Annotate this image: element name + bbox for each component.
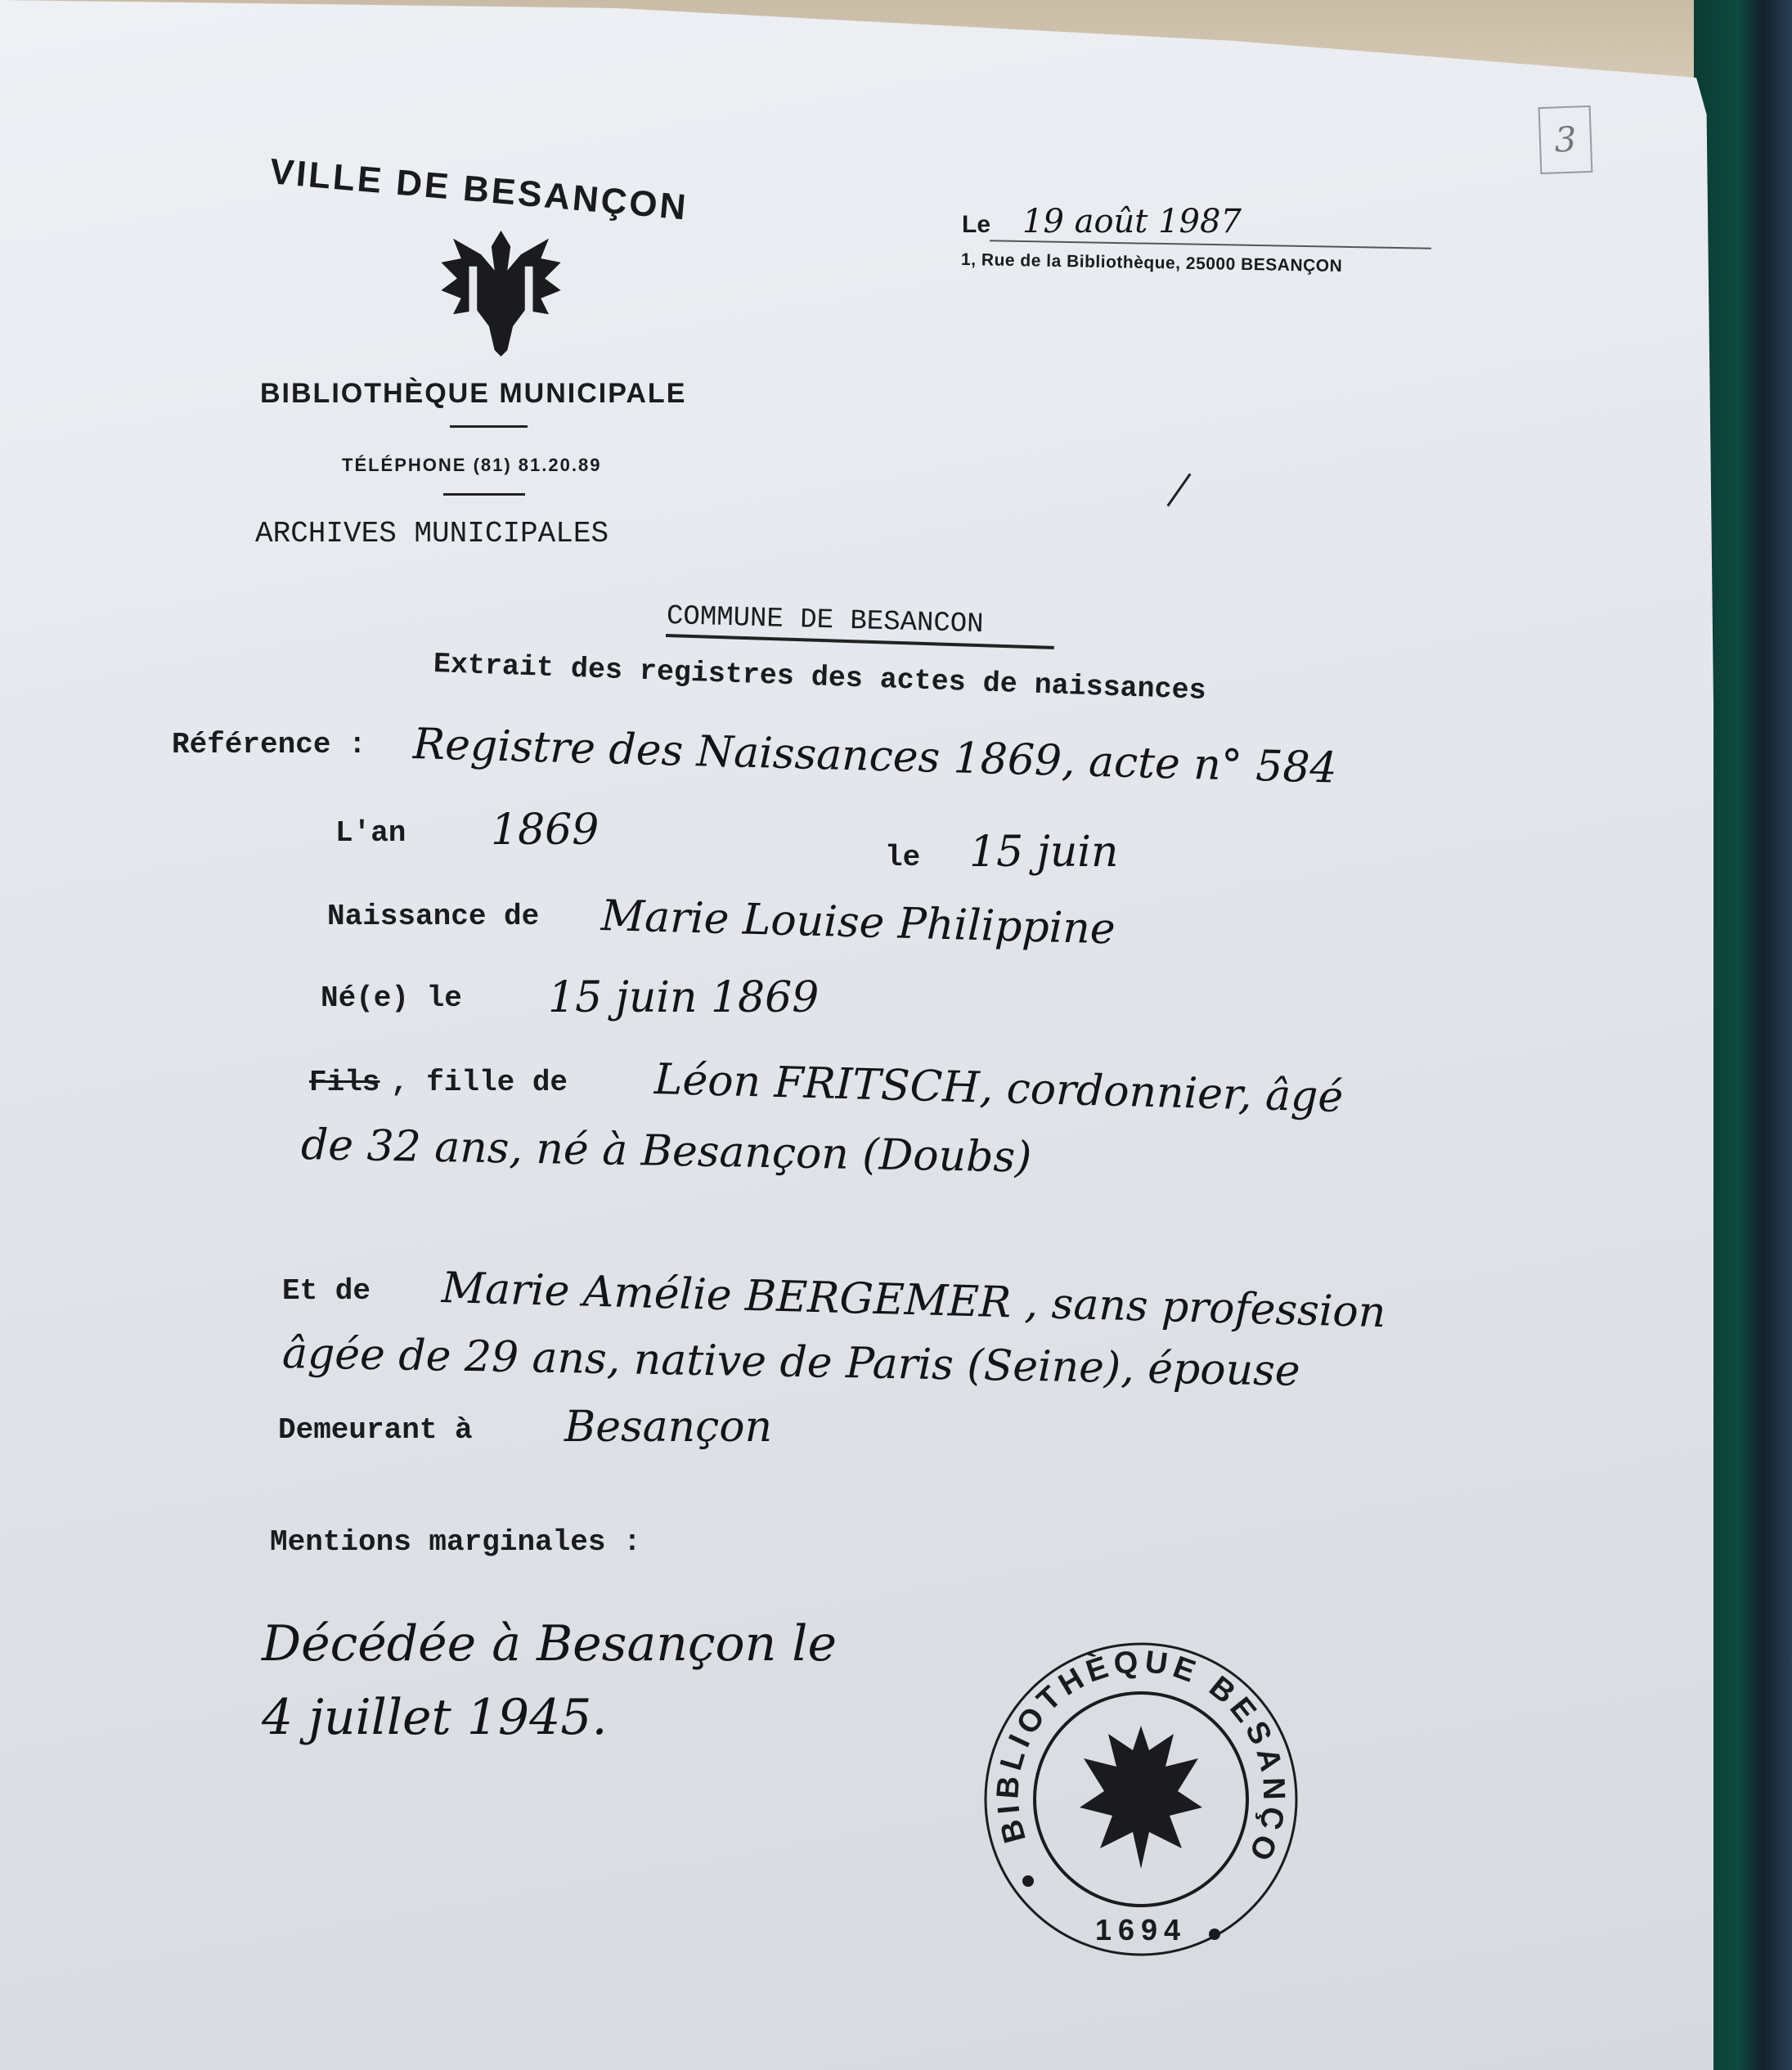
margin-note-line-1: Décédée à Besançon le: [262, 1615, 837, 1673]
son-label-struck: Fils: [309, 1066, 380, 1099]
date-value: 19 août 1987: [1022, 203, 1242, 240]
father-line-1: Léon FRITSCH, cordonnier, âgé: [653, 1055, 1344, 1122]
margin-note-line-2: 4 juillet 1945.: [262, 1689, 608, 1746]
document-page: VILLE DE BESANÇON BIBLIOTHÈQUE MUNICIPAL…: [0, 0, 1713, 2070]
letterhead-city: VILLE DE BESANÇON: [268, 151, 689, 229]
reference-label: Référence :: [172, 728, 366, 761]
mother-line-2: âgée de 29 ans, native de Paris (Seine),…: [281, 1329, 1300, 1396]
mother-label: Et de: [282, 1274, 371, 1308]
reference-value: Registre des Naissances 1869, acte n° 58…: [412, 720, 1337, 793]
svg-text:1694: 1694: [1095, 1913, 1187, 1947]
margin-notes-label: Mentions marginales :: [270, 1525, 641, 1559]
library-seal-stamp: BIBLIOTHÈQUE BESANÇON 1694: [969, 1636, 1313, 1963]
pen-mark: [1167, 473, 1192, 506]
date-label: Le: [962, 211, 990, 239]
born-value: 15 juin 1869: [548, 973, 819, 1022]
residence-label: Demeurant à: [278, 1413, 473, 1447]
year-label: L'an: [335, 816, 406, 850]
mother-line-1: Marie Amélie BERGEMER , sans profession: [441, 1264, 1386, 1337]
day-label: le: [885, 841, 920, 874]
day-value: 15 juin: [969, 828, 1118, 877]
residence-value: Besançon: [564, 1403, 772, 1452]
date-underline: [990, 240, 1431, 249]
divider: [443, 493, 525, 496]
page-number: 3: [1538, 106, 1593, 174]
born-label: Né(e) le: [321, 981, 462, 1015]
extract-subtitle: Extrait des registres des actes de naiss…: [433, 648, 1206, 707]
letterhead-address: 1, Rue de la Bibliothèque, 25000 BESANÇO…: [961, 250, 1343, 276]
birth-of-label: Naissance de: [327, 900, 539, 933]
year-value: 1869: [491, 806, 599, 855]
letterhead-library: BIBLIOTHÈQUE MUNICIPALE: [260, 378, 686, 410]
daughter-label: , fille de: [391, 1066, 568, 1099]
letterhead-phone: TÉLÉPHONE (81) 81.20.89: [342, 455, 601, 476]
letterhead-department: ARCHIVES MUNICIPALES: [255, 517, 609, 550]
divider: [450, 425, 528, 428]
father-line-2: de 32 ans, né à Besançon (Doubs): [300, 1120, 1031, 1183]
child-name: Marie Louise Philippine: [600, 891, 1116, 954]
eagle-emblem-icon: [421, 221, 581, 360]
